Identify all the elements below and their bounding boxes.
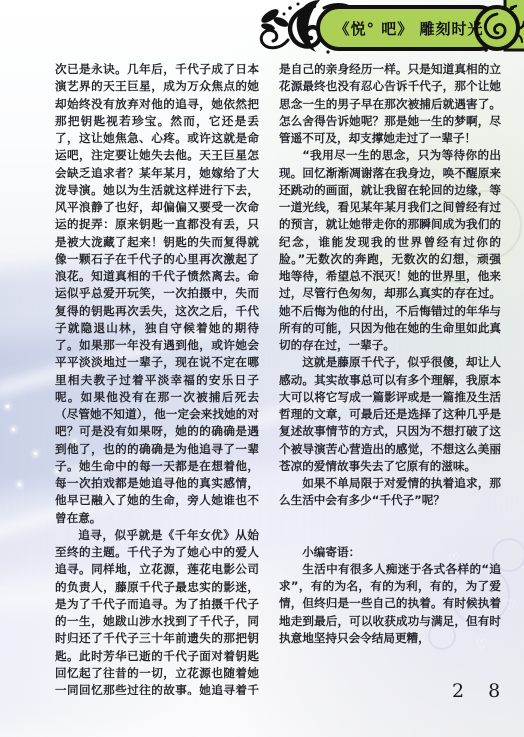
paragraph: 是自己的亲身经历一样。只是知道真相的立花源最终也没有忍心告诉千代子，那个让她思念… xyxy=(279,61,501,147)
sparkle-dot xyxy=(34,452,37,455)
sparkle-dot xyxy=(18,483,21,486)
sparkle-dot xyxy=(6,405,9,408)
paragraph: 这就是藤原千代子，似乎很傻，却让人感动。其实故事总可以有多个理解，我原本大可以将… xyxy=(279,354,501,475)
article-column-right: 是自己的亲身经历一样。只是知道真相的立花源最终也没有忍心告诉千代子，那个让她思念… xyxy=(279,61,501,695)
paragraph: 追寻，似乎就是《千年女优》从始至终的主题。千代子为了她心中的爱人追寻。同样地，立… xyxy=(55,527,259,695)
paragraph: 生活中有很多人痴迷于各式各样的“追求”，有的为名，有的为利，有的，为了爱情，但终… xyxy=(279,561,501,647)
sparkle-dot xyxy=(12,428,15,431)
magazine-page: ♡ ♡ ♡ xyxy=(0,0,524,737)
editor-note-heading: 小编寄语： xyxy=(279,544,501,561)
heart-icon: ♡ xyxy=(504,598,516,613)
article-column-left: 次已是永诀。几年后，千代子成了日本演艺界的天王巨星，成为万众焦点的她却始终没有放… xyxy=(55,61,259,695)
paragraph: 次已是永诀。几年后，千代子成了日本演艺界的天王巨星，成为万众焦点的她却始终没有放… xyxy=(55,61,259,527)
page-number: 2 8 xyxy=(452,680,509,702)
paragraph: 如果不单局限于对爱情的执着追求，那么生活中会有多少“千代子”呢？ xyxy=(279,475,501,510)
butterfly-icon xyxy=(259,7,290,32)
page-title: 《悦° 吧》 雕刻时光 xyxy=(320,9,498,47)
paragraph: “我用尽一生的思念，只为等待你的出现。回忆渐渐凋谢落在我身边，唤不醒原来还跳动的… xyxy=(279,147,501,354)
magazine-title-banner: 《悦° 吧》 雕刻时光 xyxy=(254,0,524,58)
